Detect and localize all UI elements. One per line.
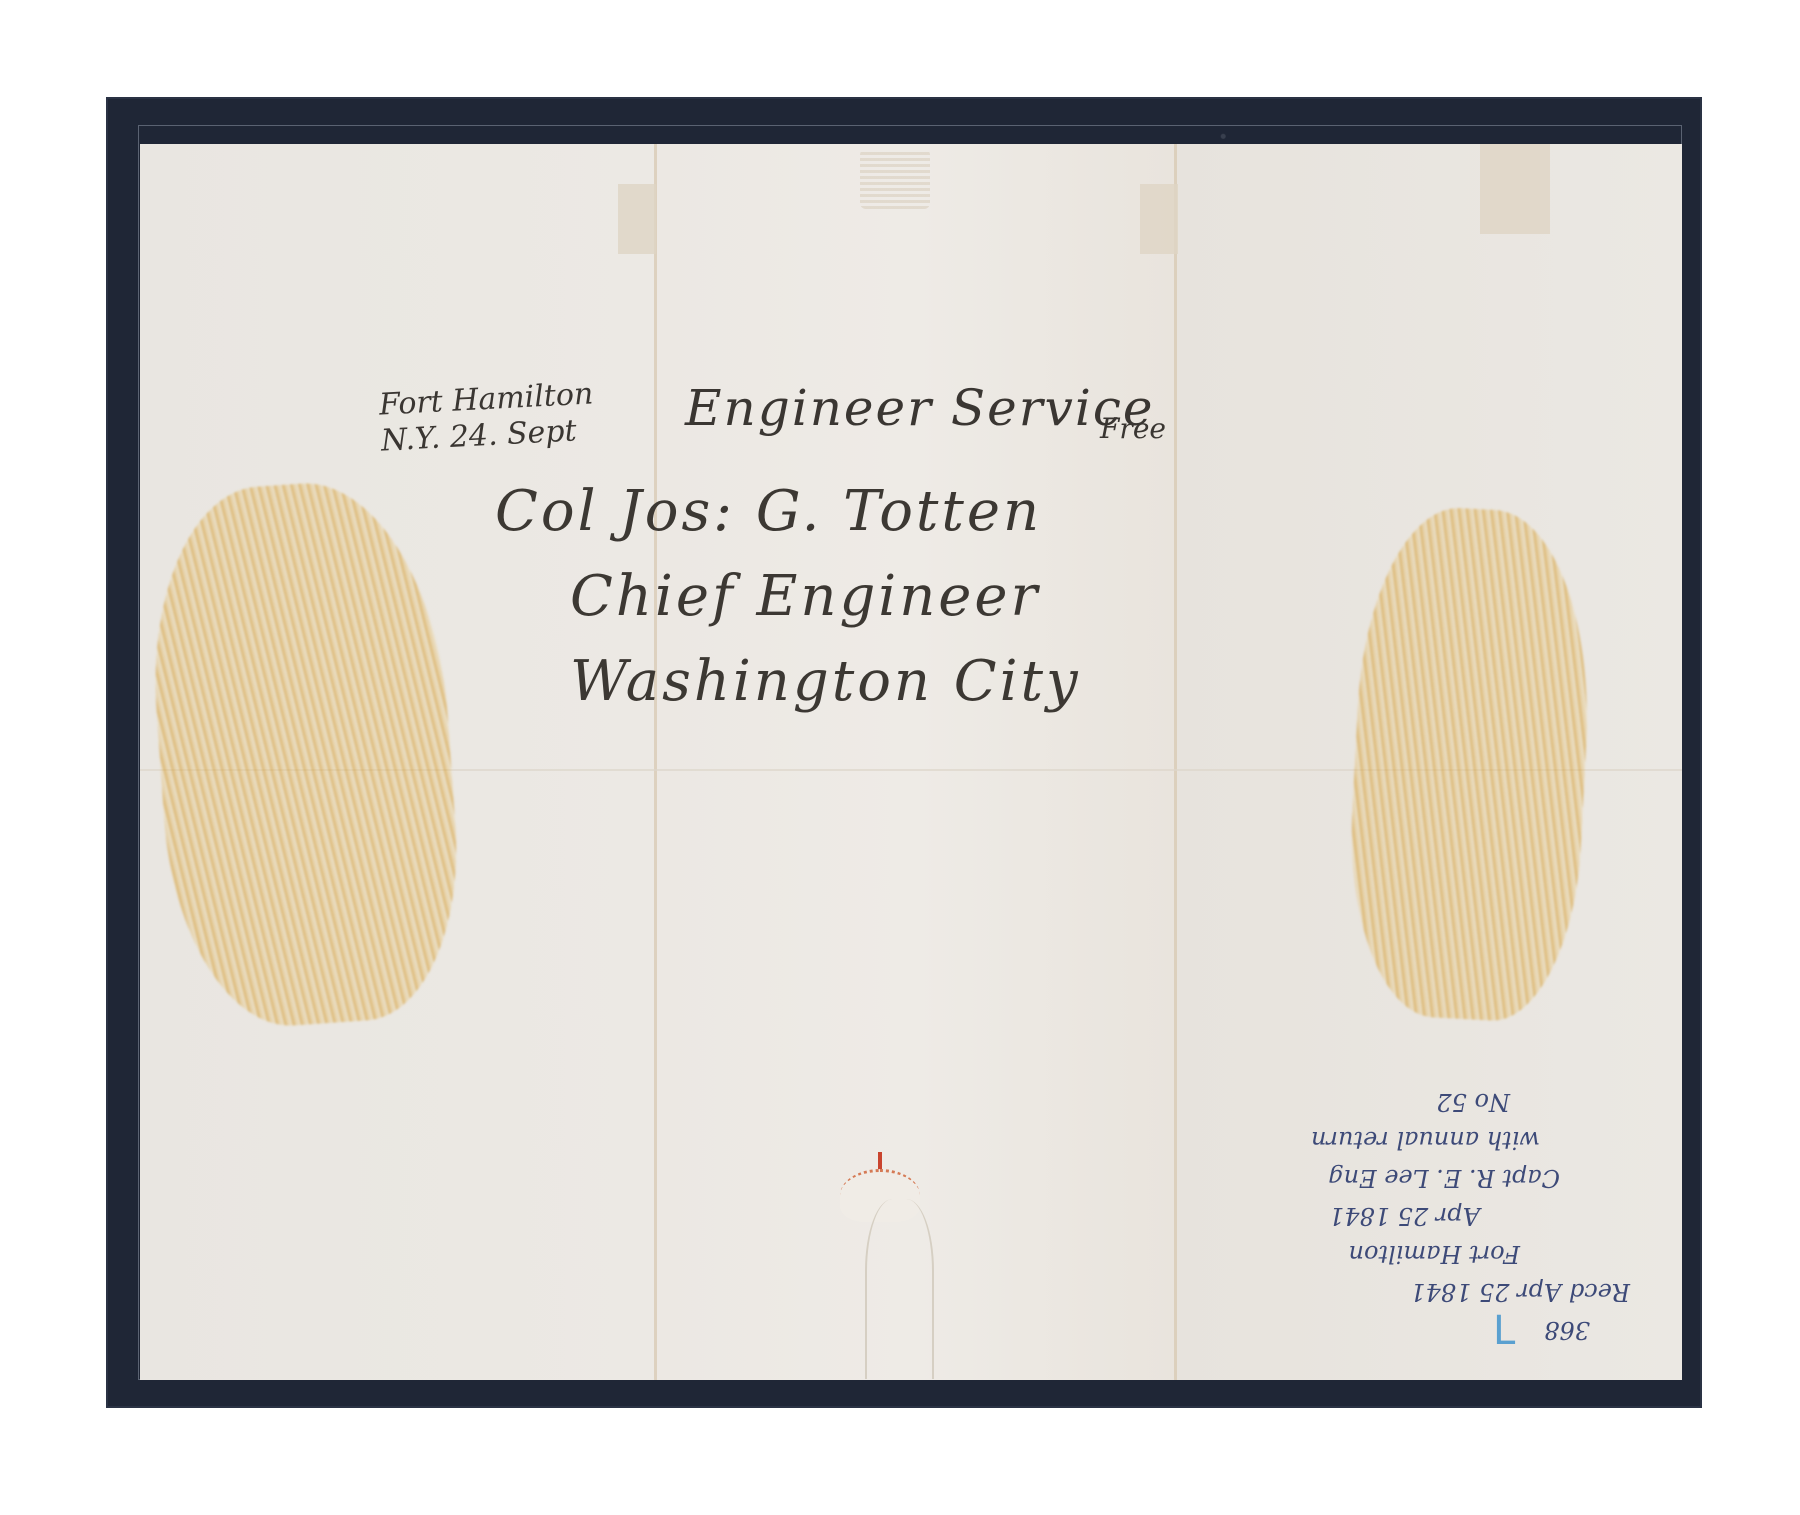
fold-line xyxy=(654,144,657,1380)
letter-cover: Fort Hamilton N.Y. 24. Sept Engineer Ser… xyxy=(140,144,1682,1380)
docket-line: 368 xyxy=(1210,1311,1630,1349)
free-frank: Free xyxy=(1100,412,1166,445)
archive-mark: L xyxy=(1493,1308,1515,1354)
docket-line: with annual return xyxy=(1210,1121,1630,1159)
paper-tab xyxy=(618,184,656,254)
docket-notation: 368 Recd Apr 25 1841 Fort Hamilton Apr 2… xyxy=(1210,1049,1630,1349)
docket-line: Recd Apr 25 1841 xyxy=(1210,1273,1630,1311)
paper-tab xyxy=(1480,144,1550,234)
docket-line: No 52 xyxy=(1210,1083,1630,1121)
recipient-city: Washington City xyxy=(570,649,1081,714)
docket-line: Capt R. E. Lee Eng xyxy=(1210,1159,1630,1197)
embossed-mark xyxy=(860,149,930,209)
service-line: Engineer Service xyxy=(685,379,1154,437)
fold-line xyxy=(1174,144,1177,1380)
paper-tab xyxy=(1140,184,1178,254)
docket-line: Apr 25 1841 xyxy=(1210,1197,1630,1235)
recipient-title: Chief Engineer xyxy=(570,564,1040,629)
docket-line: Fort Hamilton xyxy=(1210,1235,1630,1273)
recipient-name: Col Jos: G. Totten xyxy=(495,479,1042,544)
origin-postmark: Fort Hamilton N.Y. 24. Sept xyxy=(378,376,596,459)
seal-remnant xyxy=(878,1152,882,1170)
paper-tear xyxy=(865,1199,934,1379)
